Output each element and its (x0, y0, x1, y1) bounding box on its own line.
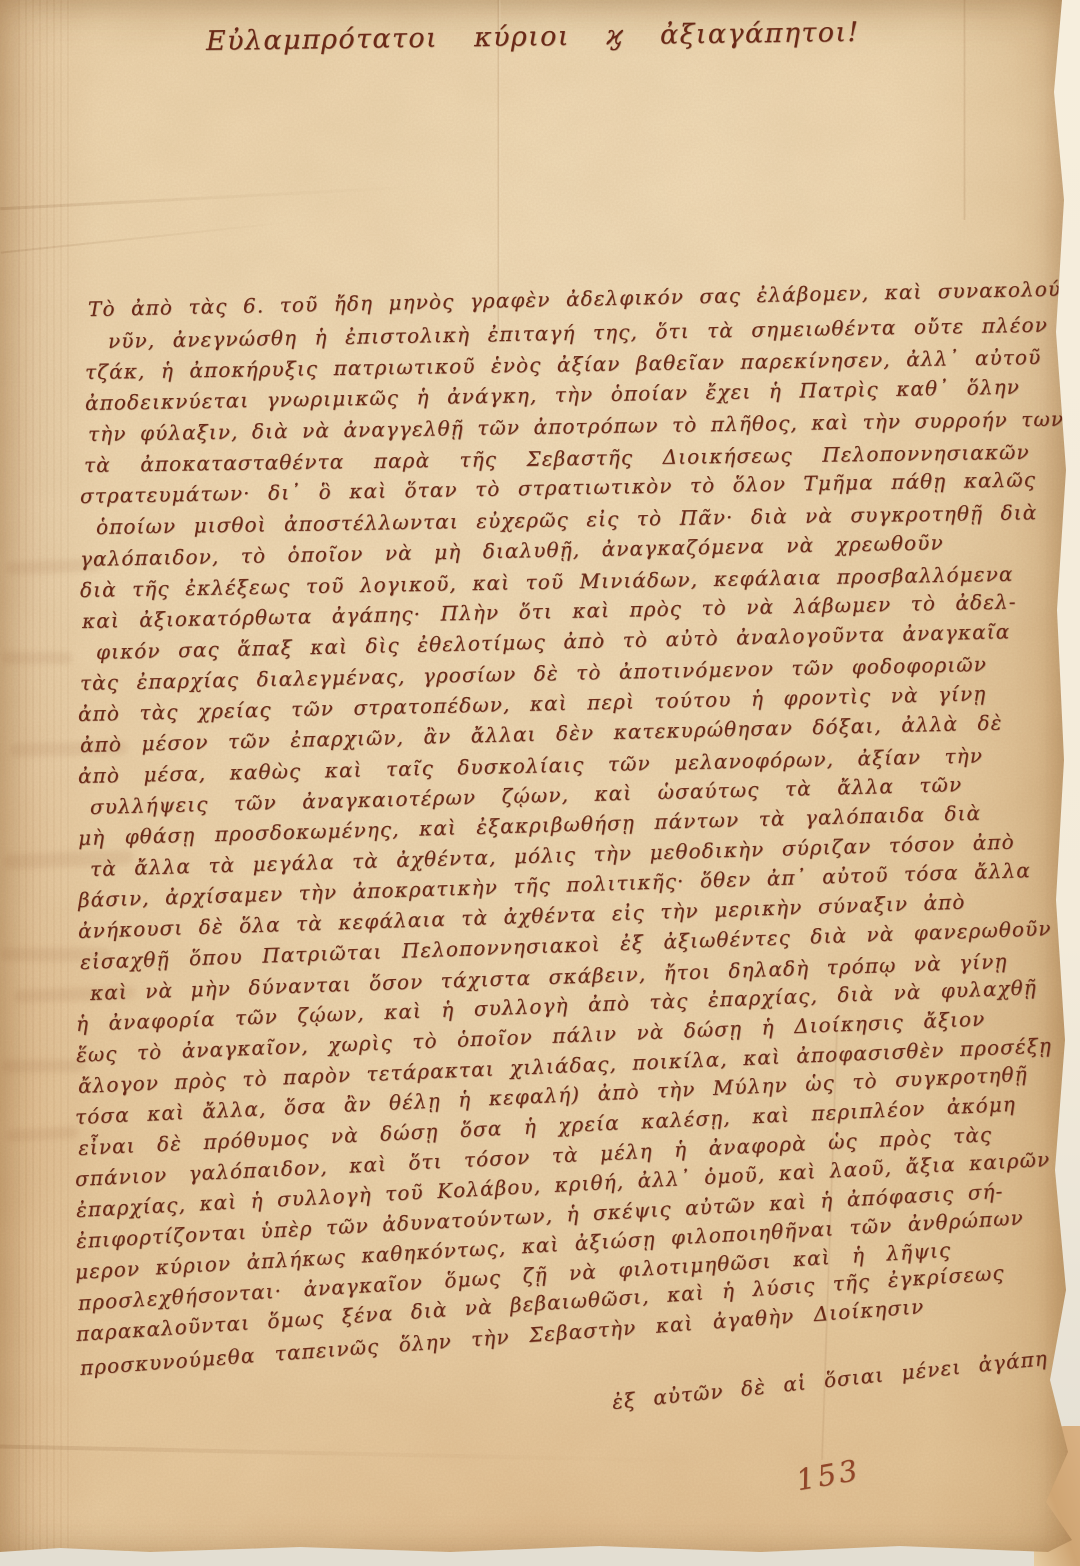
ink-bleedthrough (2, 652, 72, 664)
scan-background: Εὐλαμπρότατοι κύριοι ϗ ἀξιαγάπητοι! Τὸ ἀ… (0, 0, 1080, 1566)
horizontal-crease (0, 185, 430, 211)
vertical-fold-crease (963, 0, 966, 220)
page-number: 153 (794, 1453, 863, 1498)
manuscript-line-4: ἀποδεικνύεται γνωριμικῶς ἡ ἀνάγκη, τὴν ὁ… (85, 377, 1020, 413)
left-edge-fibers (18, 0, 70, 1566)
manuscript-line-1: Τὸ ἀπὸ τὰς 6. τοῦ ἤδη μηνὸς γραφὲν ἀδελφ… (88, 277, 1080, 319)
letter-salutation: Εὐλαμπρότατοι κύριοι ϗ ἀξιαγάπητοι! (206, 17, 860, 57)
manuscript-line-9: γαλόπαιδον, τὸ ὁποῖον νὰ μὴ διαλυθῇ, ἀνα… (80, 532, 944, 569)
manuscript-line-5: τὴν φύλαξιν, διὰ νὰ ἀναγγελθῇ τῶν ἀποτρό… (88, 409, 1064, 444)
manuscript-line-2: νῦν, ἀνεγνώσθη ἡ ἐπιστολικὴ ἐπιταγή της,… (108, 315, 1048, 351)
manuscript-page: Εὐλαμπρότατοι κύριοι ϗ ἀξιαγάπητοι! Τὸ ἀ… (0, 0, 1080, 1566)
ink-bleedthrough (2, 1060, 86, 1072)
horizontal-crease (1, 220, 300, 253)
ink-bleedthrough (6, 1126, 79, 1142)
bottom-fold-shadow (0, 1444, 720, 1463)
manuscript-line-36: ἐξ αὐτῶν δὲ αἱ ὅσιαι μένει ἀγάπη (611, 1348, 1049, 1412)
